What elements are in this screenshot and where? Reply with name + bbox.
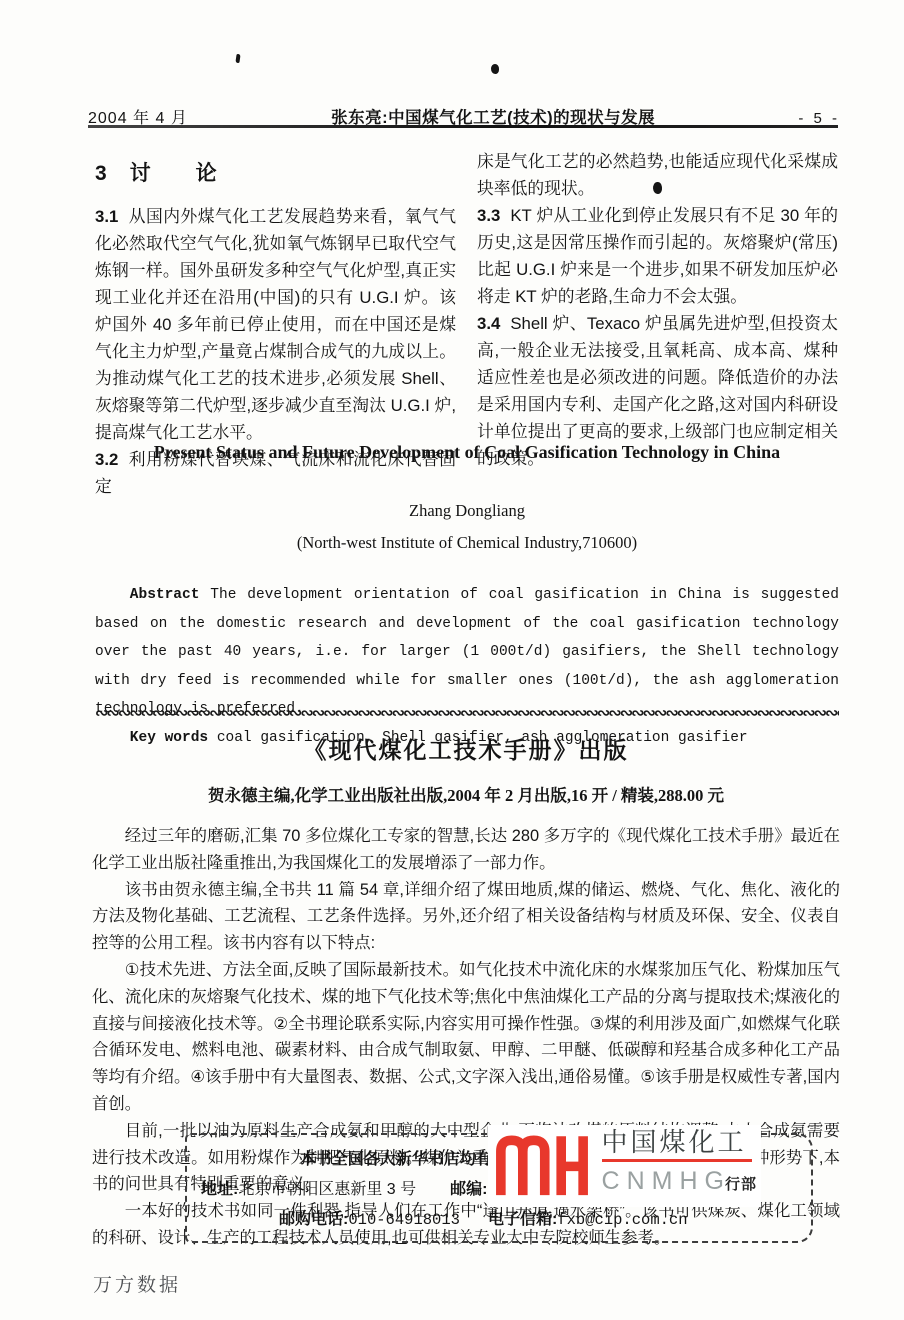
phone-value: 010-64918013 bbox=[348, 1211, 460, 1229]
paragraph-text: KT 炉从工业化到停止发展只有不足 30 年的历史,这是因常压操作而引起的。灰熔… bbox=[477, 206, 838, 306]
logo-text-block: 中国煤化工 CNMHG 行部 bbox=[602, 1127, 757, 1197]
logo-latin-name: CNMHG bbox=[602, 1165, 731, 1197]
paragraph-label: 3.4 bbox=[477, 314, 500, 333]
paragraph-3-1: 3.1从国内外煤气化工艺发展趋势来看，氧气气化必然取代空气气化,犹如氧气炼钢早已… bbox=[95, 203, 456, 446]
abstract-label: Abstract bbox=[130, 587, 200, 603]
wavy-divider: ∾∾∾∾∾∾∾∾∾∾∾∾∾∾∾∾∾∾∾∾∾∾∾∾∾∾∾∾∾∾∾∾∾∾∾∾∾∾∾∾… bbox=[95, 703, 839, 723]
announcement-paragraph: ①技术先进、方法全面,反映了国际最新技术。如气化技术中流化床的水煤浆加压气化、粉… bbox=[92, 957, 840, 1118]
logo-latin-row: CNMHG 行部 bbox=[602, 1162, 757, 1197]
wanfang-data-watermark: 万方数据 bbox=[93, 1270, 181, 1297]
author-affiliation: (North-west Institute of Chemical Indust… bbox=[95, 533, 839, 553]
paragraph-text: 从国内外煤气化工艺发展趋势来看，氧气气化必然取代空气气化,犹如氧气炼钢早已取代空… bbox=[95, 207, 456, 442]
ordering-info-box: 本书全国各大新华书店均有销售,邮 地址:北京市朝阳区惠新里 3 号邮编:1000… bbox=[185, 1133, 813, 1243]
address-value: 北京市朝阳区惠新里 3 号 bbox=[238, 1181, 416, 1198]
section-heading: 3 讨 论 bbox=[95, 160, 456, 187]
abstract-block: Abstract The development orientation of … bbox=[95, 581, 839, 752]
paragraph-label: 3.1 bbox=[95, 207, 118, 226]
zipcode-label: 邮编: bbox=[450, 1181, 487, 1198]
abstract-text: The development orientation of coal gasi… bbox=[95, 587, 839, 717]
paragraph-label: 3.3 bbox=[477, 206, 500, 225]
header-rule bbox=[88, 125, 838, 128]
scan-speck bbox=[235, 54, 240, 63]
cnmhg-watermark-logo: 中国煤化工 CNMHG 行部 bbox=[488, 1125, 761, 1207]
ordering-line-contact: 邮购电话:010-64918013电子信箱:fxb@cip.com.cn bbox=[279, 1206, 811, 1229]
logo-suffix-text: 行部 bbox=[725, 1173, 757, 1194]
journal-page: 2004 年 4 月 张东亮:中国煤气化工艺(技术)的现状与发展 - 5 - 3… bbox=[0, 0, 904, 1320]
logo-chinese-name: 中国煤化工 bbox=[602, 1127, 757, 1157]
announcement-paragraph: 该书由贺永德主编,全书共 11 篇 54 章,详细介绍了煤田地质,煤的储运、燃烧… bbox=[92, 877, 840, 957]
paragraph-3-3: 3.3KT 炉从工业化到停止发展只有不足 30 年的历史,这是因常压操作而引起的… bbox=[477, 202, 838, 310]
myh-monogram-icon bbox=[494, 1127, 590, 1203]
email-label: 电子信箱: bbox=[488, 1211, 557, 1228]
announcement-title: 《现代煤化工技术手册》出版 bbox=[92, 732, 840, 765]
announcement-paragraph: 经过三年的磨砺,汇集 70 多位煤化工专家的智慧,长达 280 多万字的《现代煤… bbox=[92, 823, 840, 877]
phone-label: 邮购电话: bbox=[279, 1211, 348, 1228]
author-name: Zhang Dongliang bbox=[95, 501, 839, 521]
address-label: 地址: bbox=[201, 1181, 238, 1198]
scan-speck bbox=[491, 64, 499, 74]
english-title: Present Status and Future Development of… bbox=[95, 442, 839, 463]
email-value: fxb@cip.com.cn bbox=[557, 1211, 687, 1229]
announcement-subtitle: 贺永德主编,化学工业出版社出版,2004 年 2 月出版,16 开 / 精装,2… bbox=[92, 782, 840, 806]
